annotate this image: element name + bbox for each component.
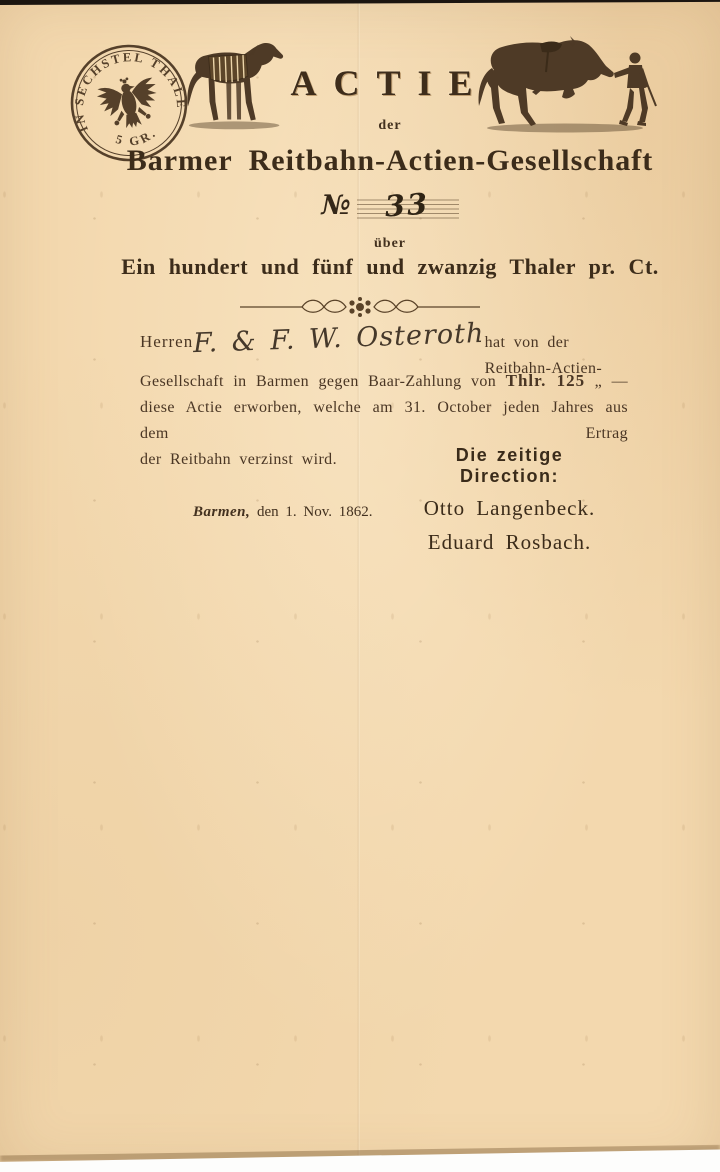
date-text: den 1. Nov. 1862. <box>257 504 373 520</box>
amount-value: Thlr. 125 <box>506 371 586 390</box>
ornament-divider-icon <box>240 292 480 322</box>
ueber-label: über <box>60 236 720 252</box>
signature-2: Eduard Rosbach. <box>402 530 617 555</box>
line3-text: diese Actie erworben, welche am 31. Octo… <box>140 399 628 442</box>
share-number-line: №33 <box>60 190 720 222</box>
scanned-certificate-page: { "page": { "stamp": { "ring_text": "EIN… <box>0 0 720 1172</box>
signature-1: Otto Langenbeck. <box>402 496 617 521</box>
body-line-1: Herren F. & F. W. Osteroth hat von der R… <box>140 326 628 360</box>
title-der: der <box>60 118 720 134</box>
amount-tail: „ — <box>595 373 628 390</box>
holder-name-handwritten: F. & F. W. Osteroth <box>193 321 485 357</box>
certificate-paper: EIN SECHSTEL THALER 5 GR. <box>0 0 720 1172</box>
denomination-text: Ein hundert und fünf und zwanzig Thaler … <box>60 254 720 280</box>
numero-sign: № <box>321 190 350 221</box>
direction-heading: Die zeitige Direction: <box>402 445 617 487</box>
direction-block: Die zeitige Direction: Otto Langenbeck. … <box>402 445 617 555</box>
place-name: Barmen, <box>193 504 250 520</box>
place-date-line: Barmen, den 1. Nov. 1862. <box>193 504 373 521</box>
body-line-2: Gesellschaft in Barmen gegen Baar-Zahlun… <box>140 368 628 395</box>
company-name: Barmer Reitbahn-Actien-Gesellschaft <box>60 144 720 178</box>
number-ruled-field: 33 <box>357 196 459 222</box>
body-line-3: diese Actie erworben, welche am 31. Octo… <box>140 395 628 447</box>
certificate-title: ACTIE <box>60 62 720 104</box>
line2-text: Gesellschaft in Barmen gegen Baar-Zahlun… <box>140 373 496 390</box>
share-number-handwritten: 33 <box>384 191 430 218</box>
salutation: Herren <box>140 329 193 355</box>
